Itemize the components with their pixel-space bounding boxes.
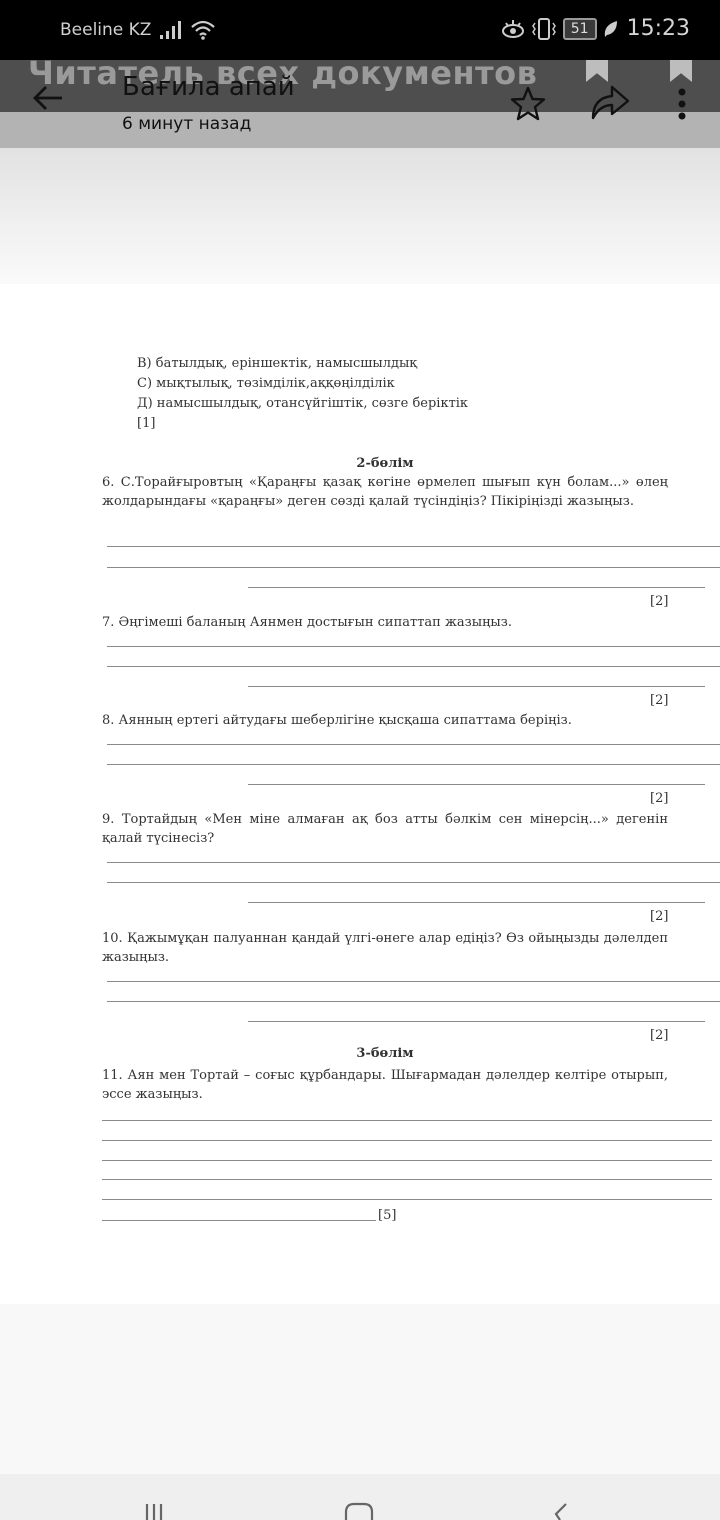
answer-line [107,981,720,982]
image-bottom-margin [0,1304,720,1474]
status-bar: Beeline KZ 51 15:23 [0,0,720,60]
answer-line [107,666,720,667]
answer-line [107,862,720,863]
answer-line [248,686,705,687]
question-8: 8. Аянның ертегі айтудағы шеберлігіне қы… [102,711,668,730]
points-label: [1] [137,416,155,431]
question-8-points: [2] [650,791,668,806]
sender-name: Бағила апай [122,72,295,102]
back-nav-icon[interactable] [550,1502,570,1520]
eye-comfort-icon [501,18,525,40]
clock: 15:23 [627,16,690,41]
answer-line [102,1140,712,1141]
question-7-points: [2] [650,693,668,708]
carrier-name: Beeline KZ [60,20,151,40]
answer-line [102,1160,712,1161]
question-7: 7. Әңгімеші баланың Аянмен достығын сипа… [102,613,668,632]
vibrate-icon [531,18,557,40]
question-6-points: [2] [650,594,668,609]
option-b: В) батылдық, еріншектік, намысшылдық [137,356,417,371]
home-icon[interactable] [344,1502,374,1520]
back-icon[interactable] [32,84,64,112]
answer-line [102,1220,376,1221]
answer-line [107,546,720,547]
document-image[interactable]: В) батылдық, еріншектік, намысшылдық С) … [0,284,720,1304]
answer-line [107,882,720,883]
signal-icon [158,20,184,40]
question-9: 9. Тортайдың «Мен міне алмаған ақ боз ат… [102,810,668,848]
option-c: С) мықтылық, төзімділік,аққөңілділік [137,376,395,391]
more-icon[interactable] [676,88,688,120]
question-10-points: [2] [650,1028,668,1043]
bookmark-next-icon [670,60,692,82]
answer-line [107,567,720,568]
answer-line [107,1001,720,1002]
answer-line [107,744,720,745]
answer-line [107,764,720,765]
timestamp: 6 минут назад [122,114,251,134]
navigation-bar [0,1474,720,1520]
answer-line [102,1179,712,1180]
answer-line [248,1021,705,1022]
question-6: 6. С.Торайғыровтың «Қараңғы қазақ көгіне… [102,473,668,511]
question-9-points: [2] [650,909,668,924]
image-top-margin [0,148,720,284]
answer-line [107,646,720,647]
question-11-points: [5] [378,1208,396,1223]
question-11: 11. Аян мен Тортай – соғыс құрбандары. Ш… [102,1066,668,1104]
share-icon[interactable] [590,84,630,120]
section-3-title: 3-бөлім [0,1046,720,1061]
answer-line [248,587,705,588]
answer-line [102,1199,712,1200]
answer-line [102,1120,712,1121]
answer-line [248,902,705,903]
option-d: Д) намысшылдық, отансүйгіштік, сөзге бер… [137,396,468,411]
power-saving-leaf-icon [603,19,619,39]
bookmark-prev-icon [586,60,608,82]
section-2-title: 2-бөлім [0,456,720,471]
battery-icon: 51 [563,18,597,40]
wifi-icon [190,19,216,41]
question-10: 10. Қажымұқан палуаннан қандай үлгі-өнег… [102,929,668,967]
star-icon[interactable] [510,86,546,122]
answer-line [248,784,705,785]
recent-apps-icon[interactable] [144,1502,164,1520]
